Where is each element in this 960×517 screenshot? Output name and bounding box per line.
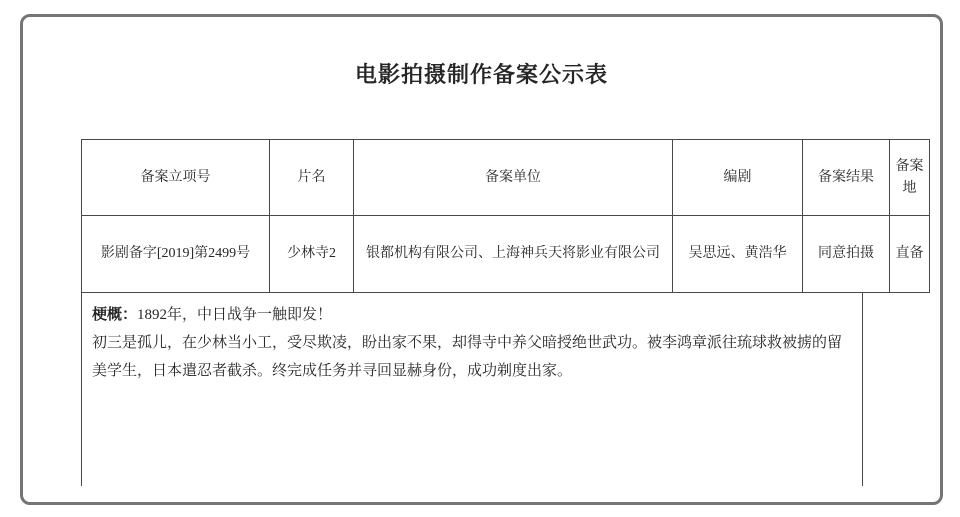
col-header-filing-result: 备案结果 [803, 140, 890, 216]
page-title: 电影拍摄制作备案公示表 [23, 58, 940, 89]
col-header-film-title: 片名 [270, 140, 354, 216]
cell-filing-number: 影剧备字[2019]第2499号 [82, 216, 270, 293]
synopsis-first-line: 梗概：1892年，中日战争一触即发！ [92, 301, 852, 329]
cell-filing-place: 直备 [890, 216, 930, 293]
col-header-filing-unit: 备案单位 [354, 140, 673, 216]
filing-table-grid: 备案立项号 片名 备案单位 编剧 备案结果 备案地 影剧备字[2019]第249… [81, 139, 930, 293]
col-header-screenwriter: 编剧 [673, 140, 803, 216]
col-header-filing-number: 备案立项号 [82, 140, 270, 216]
synopsis-label: 梗概： [92, 307, 137, 323]
synopsis-cell: 梗概：1892年，中日战争一触即发！ 初三是孤儿，在少林当小工，受尽欺凌，盼出家… [81, 293, 863, 486]
page-frame: 电影拍摄制作备案公示表 备案立项号 片名 备案单位 编剧 备案结果 备案地 影剧… [20, 14, 943, 505]
table-row: 影剧备字[2019]第2499号 少林寺2 银都机构有限公司、上海神兵天将影业有… [82, 216, 930, 293]
table-header-row: 备案立项号 片名 备案单位 编剧 备案结果 备案地 [82, 140, 930, 216]
cell-filing-result: 同意拍摄 [803, 216, 890, 293]
synopsis-body: 初三是孤儿，在少林当小工，受尽欺凌，盼出家不果，却得寺中养父暗授绝世武功。被李鸿… [92, 329, 852, 385]
col-header-filing-place: 备案地 [890, 140, 930, 216]
cell-screenwriter: 吴思远、黄浩华 [673, 216, 803, 293]
synopsis-tagline: 1892年，中日战争一触即发！ [137, 307, 332, 323]
filing-table: 备案立项号 片名 备案单位 编剧 备案结果 备案地 影剧备字[2019]第249… [81, 139, 865, 486]
cell-filing-unit: 银都机构有限公司、上海神兵天将影业有限公司 [354, 216, 673, 293]
cell-film-title: 少林寺2 [270, 216, 354, 293]
